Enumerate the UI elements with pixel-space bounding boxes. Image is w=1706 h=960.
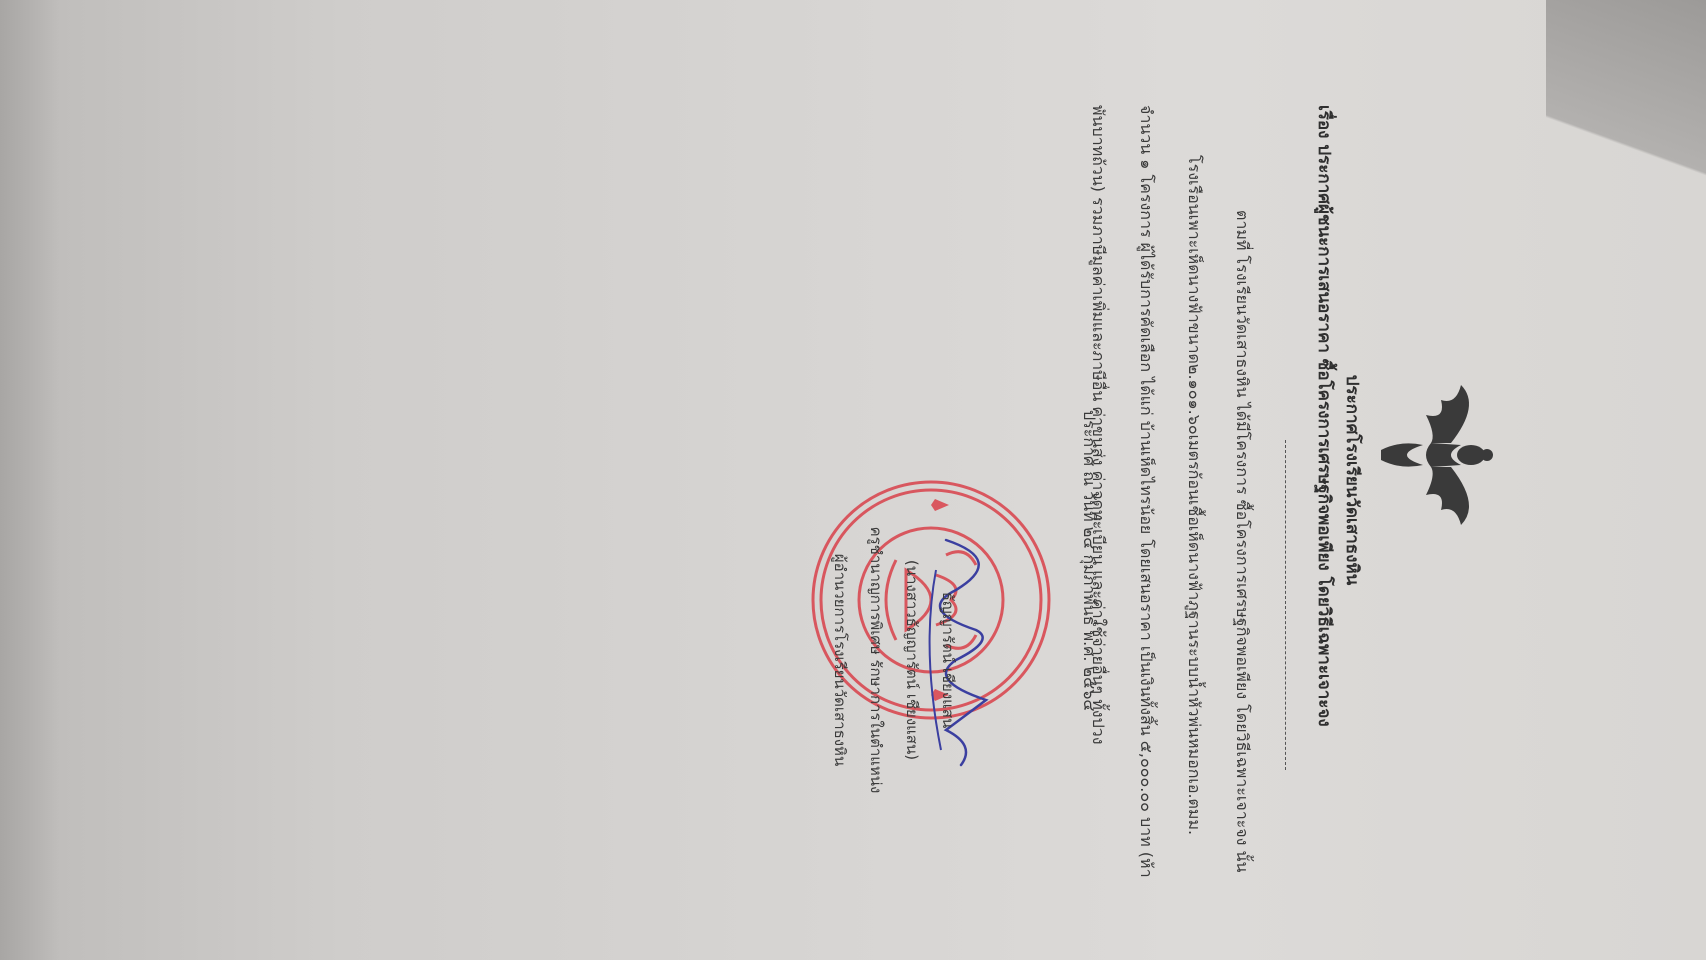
body-line: โรงเรือนเพาะเห็ดนางฟ้าขนาด๒.๑๐๑.๖๐เมตรก้… <box>1170 105 1218 960</box>
divider-line <box>1285 440 1286 770</box>
garuda-emblem-icon <box>1371 375 1501 535</box>
document-title: ประกาศโรงเรียนวัดเสาธงหิน <box>1339 0 1366 960</box>
signature-block: ธัญญารัตน์ เชียงแสน (นางสาวธัญญารัตน์ เช… <box>822 500 1006 820</box>
document-subject: เรื่อง ประกาศผู้ชนะการเสนอราคา ซื้อโครงก… <box>1311 105 1338 727</box>
body-line: จำนวน ๑ โครงการ ผู้ได้รับการคัดเลือก ได้… <box>1122 105 1170 960</box>
stamped-name: ธัญญารัตน์ เชียงแสน <box>930 500 966 820</box>
signer-name: (นางสาวธัญญารัตน์ เชียงแสน) <box>894 500 930 820</box>
body-line: ตามที่ โรงเรียนวัดเสาธงหิน ได้มีโครงการ … <box>1218 105 1266 960</box>
signer-position-1: ครูชำนาญการพิเศษ รักษาการในตำแหน่ง <box>858 500 894 820</box>
document-body: ตามที่ โรงเรียนวัดเสาธงหิน ได้มีโครงการ … <box>1074 105 1266 960</box>
announcement-date: ประกาศ ณ วันที่ ๒๔ กุมภาพันธ์ พ.ศ. ๒๕๖๔ <box>1076 410 1101 711</box>
signer-position-2: ผู้อำนวยการโรงเรียนวัดเสาธงหิน <box>822 500 858 820</box>
document-page: ประกาศโรงเรียนวัดเสาธงหิน เรื่อง ประกาศผ… <box>0 0 1706 960</box>
